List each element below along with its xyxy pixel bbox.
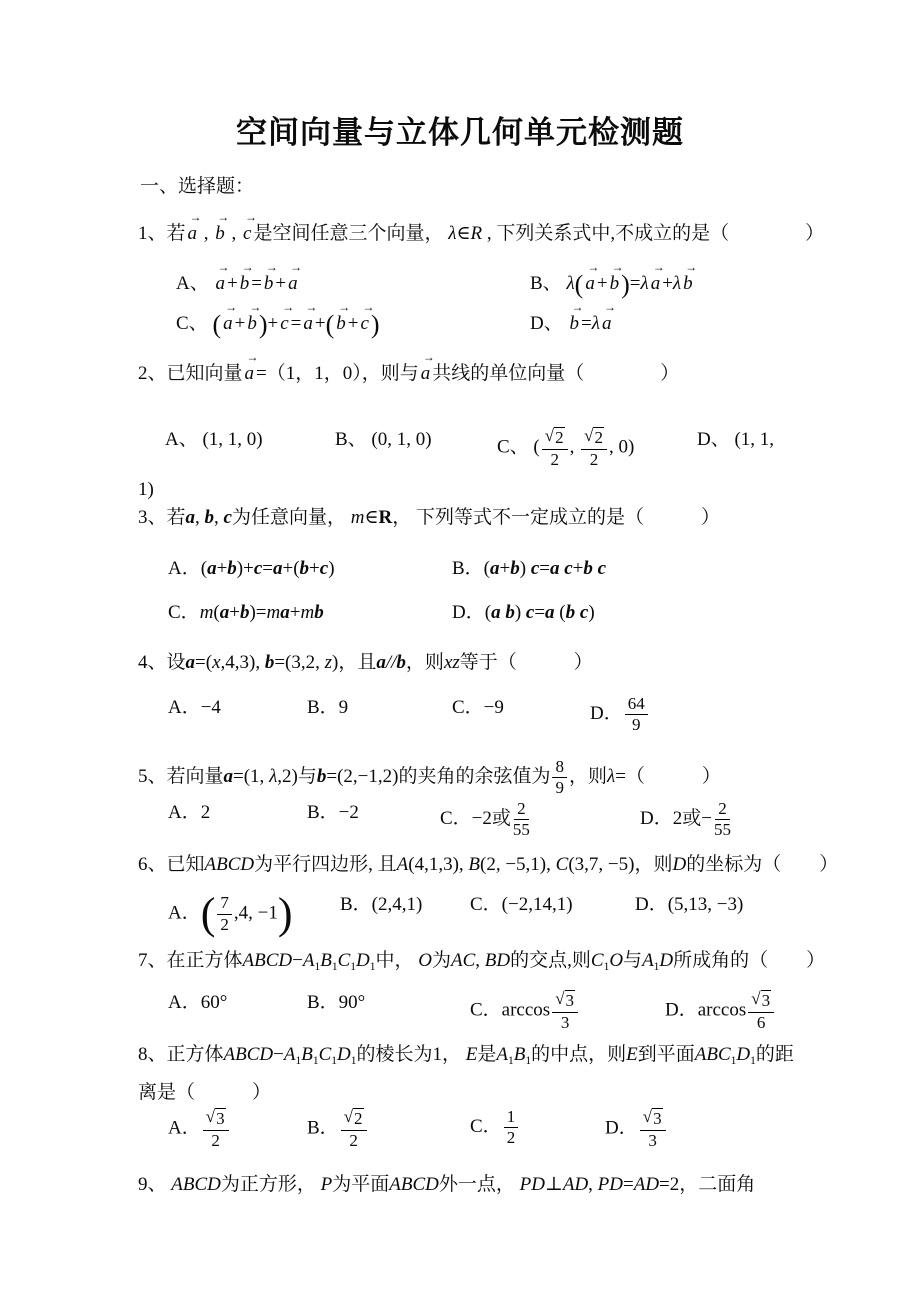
question-1-option-b: B、 λ(→a+→b)=λ→a+λ→b: [530, 271, 695, 298]
question-5-option-a: A．2: [168, 800, 210, 826]
question-7-option-b: B．90°: [307, 990, 365, 1016]
question-1-option-c: C、 (→a+→b)+→c=→a+(→b+→c): [176, 311, 380, 338]
question-5-option-d: D．2或−255: [640, 800, 733, 840]
question-5-stem: 5、若向量a=(1, λ,2)与b=(2,−1,2)的夹角的余弦值为89，则λ=…: [138, 758, 721, 798]
question-8-option-a: A．√32: [168, 1108, 231, 1150]
document-page: 空间向量与立体几何单元检测题 一、选择题： 1、若→a , →b , →c是空间…: [0, 0, 920, 1302]
question-3-stem: 3、若a, b, c为任意向量， m∈R， 下列等式不一定成立的是（ ）: [138, 505, 720, 531]
question-3-option-d: D．(a b) c=a (b c): [452, 600, 595, 626]
page-title: 空间向量与立体几何单元检测题: [0, 112, 920, 154]
question-8-stem-line-2: 离是（ ）: [138, 1080, 271, 1106]
question-3-option-b: B．(a+b) c=a c+b c: [452, 556, 606, 582]
question-6-option-a: A．(72,4, −1): [168, 892, 293, 936]
question-7-stem: 7、在正方体ABCD−A1B1C1D1中， O为AC, BD的交点,则C1O与A…: [138, 948, 825, 980]
question-2-stem: 2、已知向量→a=（1，1，0），则与→a共线的单位向量（ ）: [138, 361, 679, 387]
question-4-option-d: D．649: [590, 695, 650, 735]
question-4-option-b: B．9: [307, 695, 348, 721]
question-1-option-a: A、 →a+→b=→b+→a: [176, 271, 300, 297]
question-6-option-b: B．(2,4,1): [340, 892, 422, 918]
question-2-option-b: B、 (0, 1, 0): [335, 427, 432, 453]
question-7-option-d: D．arccos√36: [665, 990, 776, 1032]
question-2-option-c: C、 (√22, √22, 0): [497, 427, 634, 469]
question-7-option-c: C．arccos√33: [470, 990, 580, 1032]
question-8-stem-line-1: 8、正方体ABCD−A1B1C1D1的棱长为1， E是A1B1的中点，则E到平面…: [138, 1042, 794, 1074]
question-5-option-b: B．−2: [307, 800, 359, 826]
question-6-stem: 6、已知ABCD为平行四边形, 且A(4,1,3), B(2, −5,1), C…: [138, 852, 838, 878]
question-1-option-d: D、 →b=λ→a: [530, 311, 613, 337]
question-8-option-c: C．12: [470, 1108, 520, 1148]
question-1-stem: 1、若→a , →b , →c是空间任意三个向量， λ∈R , 下列关系式中,不…: [138, 221, 824, 247]
question-5-option-c: C．−2或255: [440, 800, 532, 840]
question-3-option-c: C．m(a+b)=ma+mb: [168, 600, 324, 626]
question-6-option-d: D．(5,13, −3): [635, 892, 743, 918]
question-4-stem: 4、设a=(x,4,3), b=(3,2, z)，且a//b，则xz等于（ ）: [138, 650, 593, 676]
question-2-option-d: D、 (1, 1,: [697, 427, 774, 453]
question-4-option-a: A．−4: [168, 695, 221, 721]
question-2-option-d-overflow: 1): [138, 477, 154, 503]
question-6-option-c: C．(−2,14,1): [470, 892, 573, 918]
section-heading: 一、选择题：: [140, 174, 254, 200]
question-2-option-a: A、 (1, 1, 0): [165, 427, 263, 453]
question-8-option-b: B．√22: [307, 1108, 369, 1150]
question-3-option-a: A．(a+b)+c=a+(b+c): [168, 556, 335, 582]
question-4-option-c: C．−9: [452, 695, 504, 721]
question-9-stem: 9、 ABCD为正方形， P为平面ABCD外一点， PD⊥AD, PD=AD=2…: [138, 1172, 755, 1198]
question-7-option-a: A．60°: [168, 990, 227, 1016]
question-8-option-d: D．√33: [605, 1108, 668, 1150]
